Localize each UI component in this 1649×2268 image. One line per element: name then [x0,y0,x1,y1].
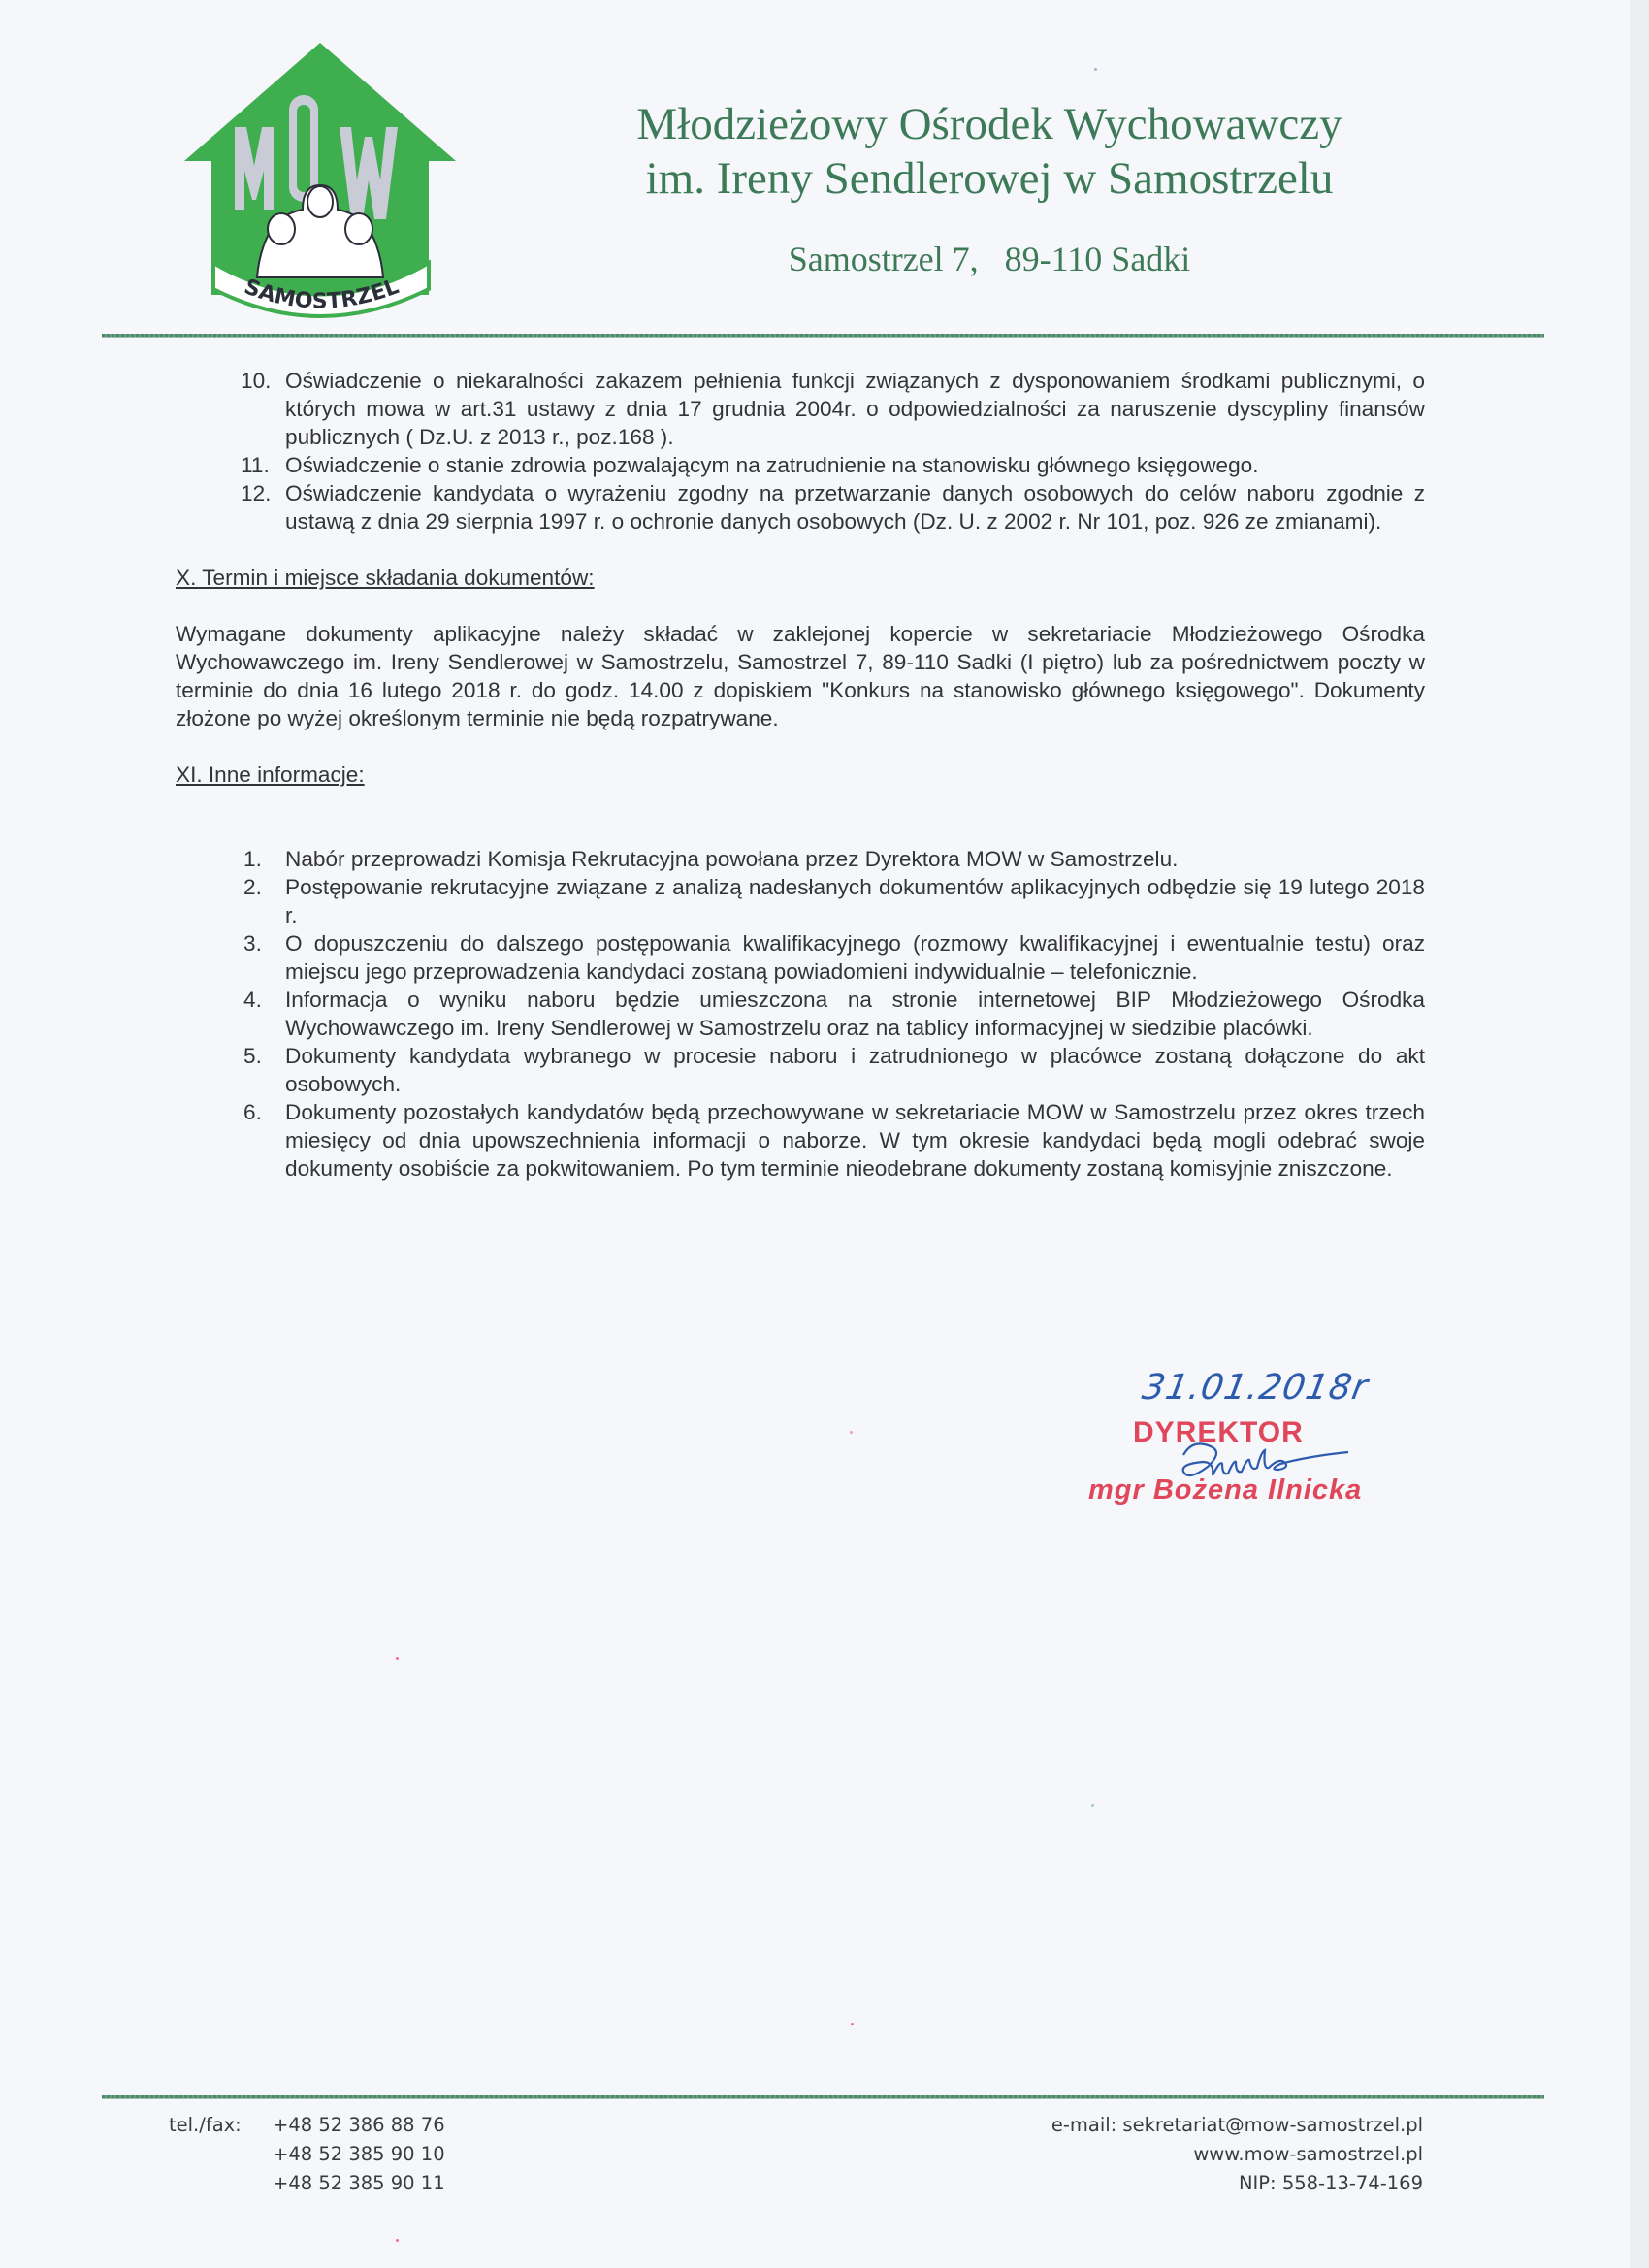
scan-speck [850,1431,853,1434]
list-item-text: Dokumenty kandydata wybranego w procesie… [285,1044,1425,1096]
footer-contact-online: e-mail: sekretariat@mow-samostrzel.pl ww… [1051,2111,1423,2198]
handwritten-date: 31.01.2018r [1139,1368,1371,1408]
list-item-number: 12. [241,479,271,507]
list-item: 11.Oświadczenie o stanie zdrowia pozwala… [176,451,1425,479]
list-item-number: 3. [243,929,262,957]
required-documents-list: 10.Oświadczenie o niekaralności zakazem … [176,367,1425,535]
list-item-number: 10. [241,367,271,395]
phone-number: +48 52 386 88 76 [273,2114,445,2136]
list-item: 5.Dokumenty kandydata wybranego w proces… [176,1042,1425,1098]
list-item-text: Oświadczenie o niekaralności zakazem peł… [285,369,1425,449]
section-x-paragraph: Wymagane dokumenty aplikacyjne należy sk… [176,620,1425,732]
list-item: 2.Postępowanie rekrutacyjne związane z a… [176,873,1425,929]
list-item-number: 6. [243,1098,262,1126]
footer-website: www.mow-samostrzel.pl [1051,2140,1423,2169]
list-item: 12.Oświadczenie kandydata o wyrażeniu zg… [176,479,1425,535]
list-item: 10.Oświadczenie o niekaralności zakazem … [176,367,1425,451]
list-item-number: 11. [241,451,270,479]
phone-number: +48 52 385 90 10 [273,2143,445,2165]
scan-speck [396,1657,399,1660]
list-item: 6.Dokumenty pozostałych kandydatów będą … [176,1098,1425,1183]
other-information-list: 1.Nabór przeprowadzi Komisja Rekrutacyjn… [176,845,1425,1183]
list-item-number: 5. [243,1042,262,1070]
list-item-text: Nabór przeprowadzi Komisja Rekrutacyjna … [285,847,1178,871]
organization-name-line2: im. Ireny Sendlerowej w Samostrzelu [601,151,1377,206]
stamp-name: mgr Bożena Ilnicka [1088,1474,1362,1507]
footer-nip: NIP: 558-13-74-169 [1051,2169,1423,2198]
list-item-number: 2. [243,873,262,901]
organization-address: Samostrzel 7, 89-110 Sadki [601,239,1377,279]
phone-label: tel./fax: [169,2111,273,2140]
scan-speck [1094,68,1097,71]
list-item-text: O dopuszczeniu do dalszego postępowania … [285,931,1425,984]
organization-name: Młodzieżowy Ośrodek Wychowawczy im. Iren… [601,97,1377,206]
document-body: 10.Oświadczenie o niekaralności zakazem … [176,367,1425,1183]
list-item-text: Postępowanie rekrutacyjne związane z ana… [285,875,1425,927]
list-item: 1.Nabór przeprowadzi Komisja Rekrutacyjn… [176,845,1425,873]
scan-speck [396,2239,399,2242]
scan-speck [851,2023,854,2025]
mow-logo-icon: SAMOSTRZEL [175,35,466,326]
list-item-text: Oświadczenie kandydata o wyrażeniu zgodn… [285,481,1425,534]
list-item-number: 1. [243,845,262,873]
list-item-text: Oświadczenie o stanie zdrowia pozwalając… [285,453,1258,477]
list-item-number: 4. [243,986,262,1014]
list-item-text: Dokumenty pozostałych kandydatów będą pr… [285,1100,1425,1181]
section-xi-heading: XI. Inne informacje: [176,761,1425,789]
scan-page-edge [1630,0,1649,2268]
footer-divider [102,2095,1544,2099]
footer-email: e-mail: sekretariat@mow-samostrzel.pl [1051,2111,1423,2140]
footer-contact-phones: tel./fax:+48 52 386 88 76 +48 52 385 90 … [169,2111,445,2198]
phone-number: +48 52 385 90 11 [273,2172,445,2194]
scan-speck [1091,1804,1094,1807]
header-divider [102,334,1544,338]
section-x-heading: X. Termin i miejsce składania dokumentów… [176,564,1425,592]
organization-name-line1: Młodzieżowy Ośrodek Wychowawczy [601,97,1377,151]
list-item: 3.O dopuszczeniu do dalszego postępowani… [176,929,1425,986]
list-item-text: Informacja o wyniku naboru będzie umiesz… [285,988,1425,1040]
list-item: 4.Informacja o wyniku naboru będzie umie… [176,986,1425,1042]
